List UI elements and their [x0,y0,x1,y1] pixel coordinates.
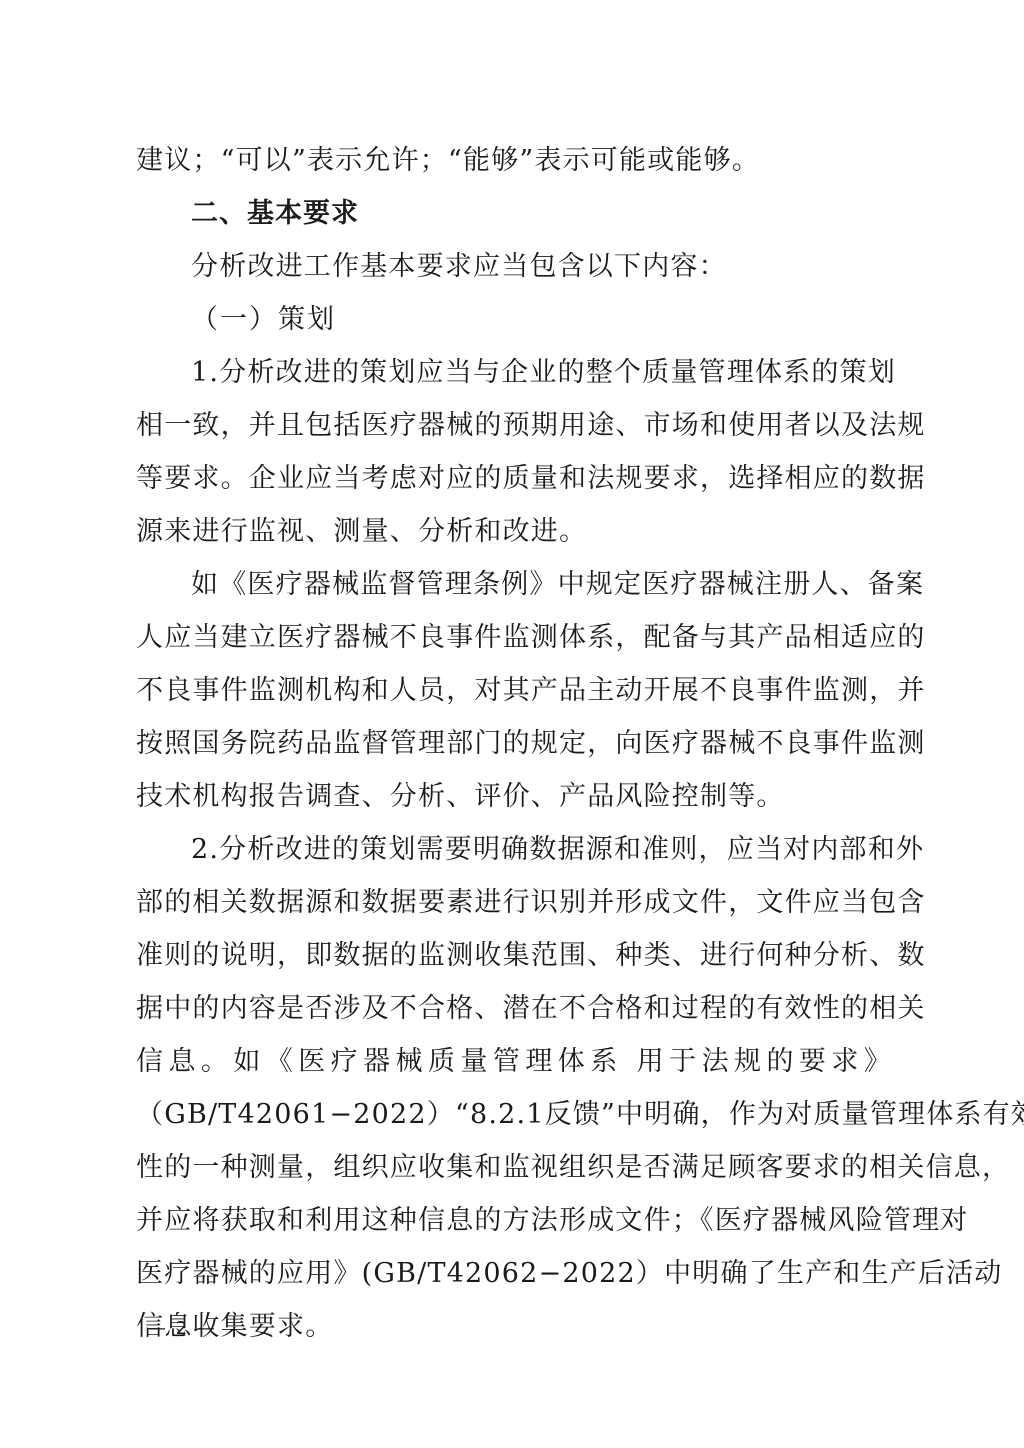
paragraph-line: 2.分析改进的策划需要明确数据源和准则，应当对内部和外 [136,823,892,876]
document-page: 建议；“可以”表示允许；“能够”表示可能或能够。 二、基本要求 分析改进工作基本… [136,134,892,1353]
section-intro: 分析改进工作基本要求应当包含以下内容： [136,240,892,293]
paragraph-line: 技术机构报告调查、分析、评价、产品风险控制等。 [136,770,892,823]
section-heading: 二、基本要求 [136,187,892,240]
paragraph-line: 1.分析改进的策划应当与企业的整个质量管理体系的策划 [136,346,892,399]
paragraph-line: （GB/T42061−2022）“8.2.1反馈”中明确，作为对质量管理体系有效 [136,1088,892,1141]
paragraph-line: 信息。如《医疗器械质量管理体系 用于法规的要求》 [136,1035,892,1088]
paragraph-line: 部的相关数据源和数据要素进行识别并形成文件，文件应当包含 [136,876,892,929]
paragraph-line: 不良事件监测机构和人员，对其产品主动开展不良事件监测，并 [136,664,892,717]
paragraph-line: 源来进行监视、测量、分析和改进。 [136,505,892,558]
paragraph-line: 准则的说明，即数据的监测收集范围、种类、进行何种分析、数 [136,929,892,982]
intro-tail-line: 建议；“可以”表示允许；“能够”表示可能或能够。 [136,134,892,187]
paragraph-line: 并应将获取和利用这种信息的方法形成文件；《医疗器械风险管理对 [136,1194,892,1247]
paragraph-item-1: 1.分析改进的策划应当与企业的整个质量管理体系的策划 相一致，并且包括医疗器械的… [136,346,892,558]
paragraph-line: 性的一种测量，组织应收集和监视组织是否满足顾客要求的相关信息， [136,1141,892,1194]
paragraph-line: 按照国务院药品监督管理部门的规定，向医疗器械不良事件监测 [136,717,892,770]
paragraph-line: 信息收集要求。 [136,1300,892,1353]
paragraph-item-2: 2.分析改进的策划需要明确数据源和准则，应当对内部和外 部的相关数据源和数据要素… [136,823,892,1353]
subsection-heading: （一）策划 [136,293,892,346]
paragraph-line: 等要求。企业应当考虑对应的质量和法规要求，选择相应的数据 [136,452,892,505]
paragraph-line: 据中的内容是否涉及不合格、潜在不合格和过程的有效性的相关 [136,982,892,1035]
paragraph-item-1-example: 如《医疗器械监督管理条例》中规定医疗器械注册人、备案 人应当建立医疗器械不良事件… [136,558,892,823]
paragraph-line: 人应当建立医疗器械不良事件监测体系，配备与其产品相适应的 [136,611,892,664]
page-number: — 2 — [148,1318,217,1339]
paragraph-line: 如《医疗器械监督管理条例》中规定医疗器械注册人、备案 [136,558,892,611]
paragraph-line: 医疗器械的应用》(GB/T42062−2022）中明确了生产和生产后活动 [136,1247,892,1300]
paragraph-line: 相一致，并且包括医疗器械的预期用途、市场和使用者以及法规 [136,399,892,452]
